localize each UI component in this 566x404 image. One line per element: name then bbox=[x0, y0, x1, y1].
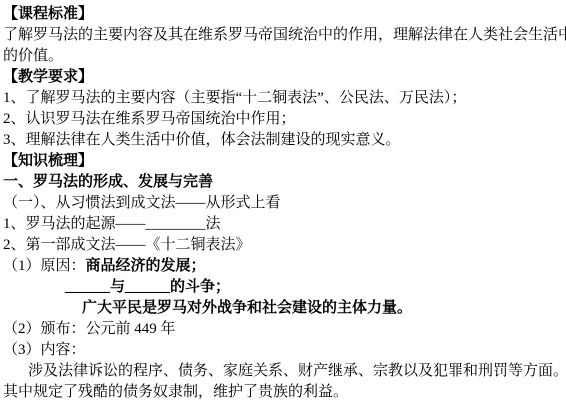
item-content-label: （3）内容： bbox=[3, 340, 566, 361]
list-item-requirement-2: 2、认识罗马法在维系罗马帝国统治中作用； bbox=[3, 109, 566, 130]
item-roman-law-origin: 1、罗马法的起源——________法 bbox=[3, 214, 566, 235]
subheading-1-1: （一）、从习惯法到成文法——从形式上看 bbox=[3, 193, 566, 214]
item-reason-label: （1）原因： bbox=[3, 258, 86, 274]
document-page: 【课程标准】 了解罗马法的主要内容及其在维系罗马帝国统治中的作用，理解法律在人类… bbox=[0, 0, 566, 403]
item-reason-point3: 广大平民是罗马对外战争和社会建设的主体力量。 bbox=[82, 298, 566, 319]
heading-teaching-requirements: 【教学要求】 bbox=[3, 67, 566, 88]
item-first-written-law: 2、第一部成文法——《十二铜表法》 bbox=[3, 235, 566, 256]
para-content-line2: 其中规定了残酷的债务奴隶制，维护了贵族的利益。 bbox=[3, 382, 566, 403]
item-reason-point2-blank: ______与______的斗争； bbox=[65, 277, 566, 298]
heading-knowledge-outline: 【知识梳理】 bbox=[3, 151, 566, 172]
list-item-requirement-3: 3、理解法律在人类生活中价值，体会法制建设的现实意义。 bbox=[3, 130, 566, 151]
para-content-line1: 涉及法律诉讼的程序、债务、家庭关系、财产继承、宗教以及犯罪和刑罚等方面。 bbox=[28, 361, 566, 382]
item-reason: （1）原因：商品经济的发展； bbox=[3, 256, 566, 277]
list-item-requirement-1: 1、了解罗马法的主要内容（主要指“十二铜表法”、公民法、万民法）； bbox=[3, 88, 566, 109]
heading-course-standard: 【课程标准】 bbox=[3, 4, 566, 25]
item-promulgation: （2）颁布：公元前 449 年 bbox=[3, 319, 566, 340]
heading-section-1: 一、罗马法的形成、发展与完善 bbox=[3, 172, 566, 193]
para-course-standard-line2: 的价值。 bbox=[3, 46, 566, 67]
para-course-standard-line1: 了解罗马法的主要内容及其在维系罗马帝国统治中的作用，理解法律在人类社会生活中 bbox=[3, 25, 566, 46]
item-reason-point1: 商品经济的发展； bbox=[86, 258, 206, 274]
